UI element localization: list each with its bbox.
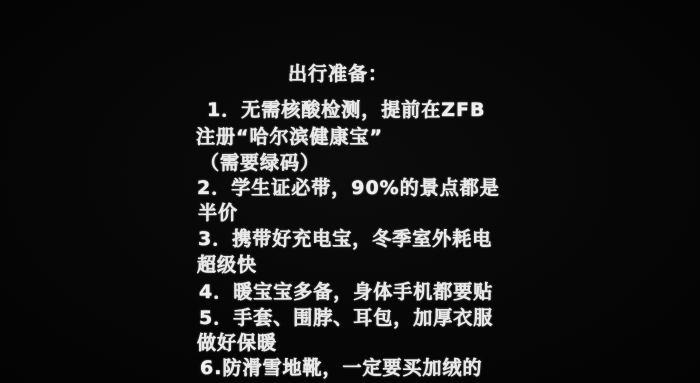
- list-item-2-line-2: 半价: [198, 204, 238, 223]
- slide-title: 出行准备：: [288, 65, 388, 84]
- list-item-1-line-2: 注册“哈尔滨健康宝”: [196, 128, 383, 147]
- list-item-3-line-2: 超级快: [197, 256, 257, 275]
- list-item-1-line-3: （需要绿码）: [200, 154, 320, 173]
- list-item-3-line-1: 3．携带好充电宝，冬季室外耗电: [198, 230, 492, 249]
- list-item-5-line-2: 做好保暖: [197, 334, 277, 353]
- list-item-4-line-1: 4．暖宝宝多备，身体手机都要贴: [199, 283, 493, 302]
- list-item-6-line-1: 6.防滑雪地靴，一定要买加绒的: [200, 359, 482, 378]
- video-frame: 出行准备： 1．无需核酸检测，提前在ZFB 注册“哈尔滨健康宝” （需要绿码） …: [0, 0, 700, 383]
- list-item-2-line-1: 2．学生证必带，90%的景点都是: [197, 179, 500, 198]
- list-item-1-line-1: 1．无需核酸检测，提前在ZFB: [207, 101, 485, 120]
- list-item-5-line-1: 5．手套、围脖、耳包，加厚衣服: [199, 309, 493, 328]
